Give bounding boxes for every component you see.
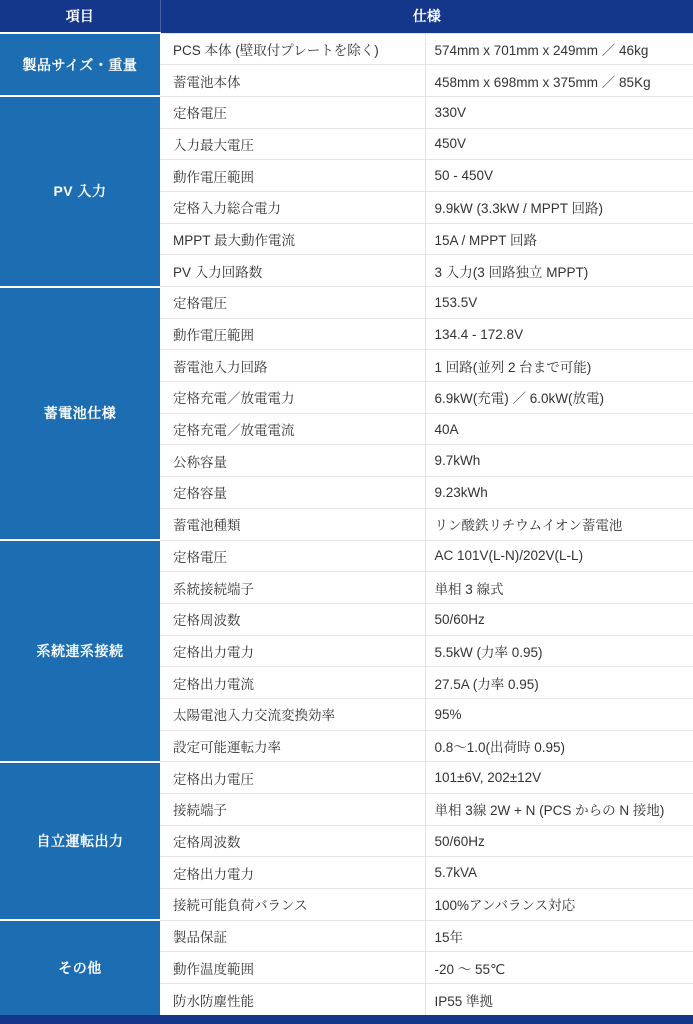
- spec-name-cell: 動作電圧範囲: [160, 318, 425, 350]
- spec-value-cell: 単相 3線 2W + N (PCS からの N 接地): [425, 794, 693, 826]
- spec-name-cell: 定格周波数: [160, 825, 425, 857]
- spec-name-cell: 定格充電／放電電力: [160, 382, 425, 414]
- spec-value-cell: 9.23kWh: [425, 477, 693, 509]
- spec-name-cell: 公称容量: [160, 445, 425, 477]
- section-category-cell: その他: [0, 920, 160, 1015]
- section-category-cell: 系統連系接続: [0, 540, 160, 762]
- spec-name-cell: 動作温度範囲: [160, 952, 425, 984]
- table-footer-bar: [0, 1015, 693, 1024]
- spec-name-cell: 製品保証: [160, 920, 425, 952]
- spec-value-cell: 9.9kW (3.3kW / MPPT 回路): [425, 191, 693, 223]
- spec-name-cell: 定格容量: [160, 477, 425, 509]
- spec-name-cell: 太陽電池入力交流変換効率: [160, 698, 425, 730]
- spec-value-cell: 40A: [425, 413, 693, 445]
- spec-name-cell: 定格出力電力: [160, 857, 425, 889]
- spec-value-cell: 95%: [425, 698, 693, 730]
- spec-name-cell: 蓄電池入力回路: [160, 350, 425, 382]
- spec-name-cell: PV 入力回路数: [160, 255, 425, 287]
- spec-name-cell: 定格入力総合電力: [160, 191, 425, 223]
- spec-name-cell: 定格出力電力: [160, 635, 425, 667]
- spec-value-cell: 100%アンバランス対応: [425, 889, 693, 921]
- spec-value-cell: 574mm x 701mm x 249mm ／ 46kg: [425, 33, 693, 65]
- spec-value-cell: 0.8〜1.0(出荷時 0.95): [425, 730, 693, 762]
- spec-value-cell: 5.7kVA: [425, 857, 693, 889]
- spec-name-cell: PCS 本体 (壁取付プレートを除く): [160, 33, 425, 65]
- spec-name-cell: 定格周波数: [160, 603, 425, 635]
- spec-value-cell: 50/60Hz: [425, 603, 693, 635]
- spec-value-cell: 27.5A (力率 0.95): [425, 667, 693, 699]
- table-row: PV 入力 定格電圧 330V: [0, 96, 693, 128]
- section-category-cell: PV 入力: [0, 96, 160, 286]
- table-row: その他 製品保証 15年: [0, 920, 693, 952]
- table-row: 製品サイズ・重量 PCS 本体 (壁取付プレートを除く) 574mm x 701…: [0, 33, 693, 65]
- spec-name-cell: 系統接続端子: [160, 572, 425, 604]
- spec-value-cell: 330V: [425, 96, 693, 128]
- spec-value-cell: AC 101V(L-N)/202V(L-L): [425, 540, 693, 572]
- spec-value-cell: 6.9kW(充電) ／ 6.0kW(放電): [425, 382, 693, 414]
- section-category-cell: 製品サイズ・重量: [0, 33, 160, 96]
- spec-name-cell: 防水防塵性能: [160, 984, 425, 1016]
- spec-name-cell: 蓄電池本体: [160, 65, 425, 97]
- spec-value-cell: IP55 準拠: [425, 984, 693, 1016]
- spec-value-cell: -20 ～ 55℃: [425, 952, 693, 984]
- column-header-item: 項目: [0, 0, 160, 33]
- spec-name-cell: 定格充電／放電電流: [160, 413, 425, 445]
- spec-name-cell: 蓄電池種類: [160, 508, 425, 540]
- spec-name-cell: 定格出力電流: [160, 667, 425, 699]
- spec-name-cell: 定格電圧: [160, 540, 425, 572]
- section-category-cell: 蓄電池仕様: [0, 287, 160, 541]
- spec-value-cell: 50 - 450V: [425, 160, 693, 192]
- spec-value-cell: リン酸鉄リチウムイオン蓄電池: [425, 508, 693, 540]
- spec-value-cell: 1 回路(並列 2 台まで可能): [425, 350, 693, 382]
- table-row: 自立運転出力 定格出力電圧 101±6V, 202±12V: [0, 762, 693, 794]
- spec-value-cell: 50/60Hz: [425, 825, 693, 857]
- spec-value-cell: 153.5V: [425, 287, 693, 319]
- table-row: 蓄電池仕様 定格電圧 153.5V: [0, 287, 693, 319]
- spec-value-cell: 単相 3 線式: [425, 572, 693, 604]
- table-row: 系統連系接続 定格電圧 AC 101V(L-N)/202V(L-L): [0, 540, 693, 572]
- spec-name-cell: 定格電圧: [160, 96, 425, 128]
- spec-name-cell: 接続可能負荷バランス: [160, 889, 425, 921]
- spec-value-cell: 101±6V, 202±12V: [425, 762, 693, 794]
- spec-value-cell: 450V: [425, 128, 693, 160]
- column-header-spec: 仕様: [160, 0, 693, 33]
- header-row: 項目 仕様: [0, 0, 693, 33]
- spec-value-cell: 134.4 - 172.8V: [425, 318, 693, 350]
- spec-name-cell: MPPT 最大動作電流: [160, 223, 425, 255]
- spec-name-cell: 定格電圧: [160, 287, 425, 319]
- section-category-cell: 自立運転出力: [0, 762, 160, 920]
- spec-name-cell: 入力最大電圧: [160, 128, 425, 160]
- spec-value-cell: 5.5kW (力率 0.95): [425, 635, 693, 667]
- spec-name-cell: 設定可能運転力率: [160, 730, 425, 762]
- spec-sheet-page: 項目 仕様 製品サイズ・重量 PCS 本体 (壁取付プレートを除く) 574mm…: [0, 0, 693, 1024]
- spec-name-cell: 動作電圧範囲: [160, 160, 425, 192]
- spec-value-cell: 9.7kWh: [425, 445, 693, 477]
- spec-value-cell: 15年: [425, 920, 693, 952]
- spec-name-cell: 接続端子: [160, 794, 425, 826]
- specification-table: 項目 仕様 製品サイズ・重量 PCS 本体 (壁取付プレートを除く) 574mm…: [0, 0, 693, 1015]
- spec-value-cell: 15A / MPPT 回路: [425, 223, 693, 255]
- spec-value-cell: 3 入力(3 回路独立 MPPT): [425, 255, 693, 287]
- spec-value-cell: 458mm x 698mm x 375mm ／ 85Kg: [425, 65, 693, 97]
- spec-name-cell: 定格出力電圧: [160, 762, 425, 794]
